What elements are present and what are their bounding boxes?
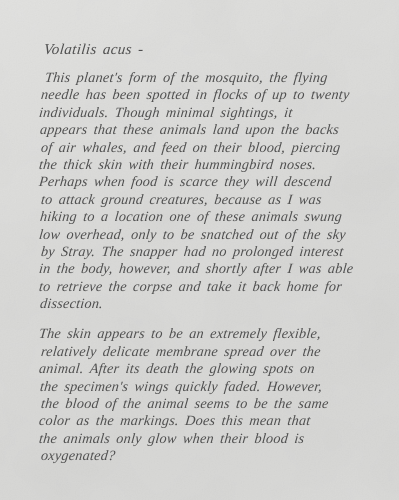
page-content: Volatilis acus - This planet's form of t…	[0, 0, 399, 466]
handwritten-line: This planet's form of the mosquito, the …	[44, 70, 377, 87]
handwritten-line: hiking to a location one of these animal…	[39, 209, 377, 226]
paragraph-1: This planet's form of the mosquito, the …	[38, 70, 375, 313]
handwritten-line: the animals only glow when their blood i…	[38, 431, 377, 448]
handwritten-page: Volatilis acus - This planet's form of t…	[0, 0, 399, 500]
document-title: Volatilis acus -	[43, 42, 377, 59]
handwritten-line: needle has been spotted in flocks of up …	[40, 87, 377, 104]
handwritten-line: Perhaps when food is scarce they will de…	[38, 174, 377, 191]
handwritten-line: the specimen's wings quickly faded. Howe…	[39, 379, 377, 396]
handwritten-line: of air whales, and feed on their blood, …	[40, 140, 377, 157]
handwritten-line: individuals. Though minimal sightings, i…	[38, 105, 377, 122]
handwritten-line: in the body, however, and shortly after …	[38, 261, 377, 278]
handwritten-line: animal. After its death the glowing spot…	[38, 361, 377, 378]
handwritten-line: color as the markings. Does this mean th…	[38, 413, 377, 430]
handwritten-line: low overhead, only to be snatched out of…	[38, 227, 377, 244]
handwritten-line: appears that these animals land upon the…	[39, 122, 377, 139]
handwritten-line: by Stray. The snapper had no prolonged i…	[40, 244, 377, 261]
handwritten-line: the blood of the animal seems to be the …	[40, 396, 377, 413]
handwritten-line: relatively delicate membrane spread over…	[40, 344, 377, 361]
handwritten-line: to retrieve the corpse and take it back …	[38, 279, 377, 296]
handwritten-line: The skin appears to be an extremely flex…	[38, 326, 377, 343]
paragraph-2: The skin appears to be an extremely flex…	[38, 326, 375, 465]
handwritten-line: oxygenated?	[40, 448, 377, 465]
handwritten-line: dissection.	[39, 296, 377, 313]
handwritten-line: the thick skin with their hummingbird no…	[38, 157, 377, 174]
handwritten-line: to attack ground creatures, because as I…	[40, 192, 377, 209]
